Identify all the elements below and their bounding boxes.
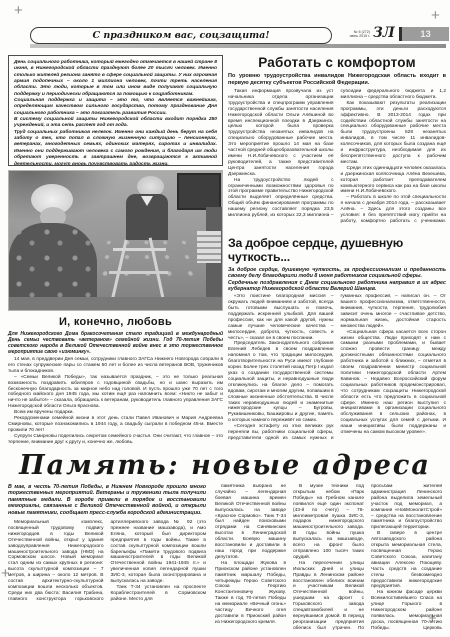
paragraph: Сердечные поздравления с Днем социальног… — [228, 280, 446, 293]
holiday-banner: С праздником вас, соцзащита! — [30, 27, 332, 44]
paragraph: На площади Жукова в Приокском районе уст… — [215, 561, 286, 626]
editorial-box: День социального работника, который ежег… — [8, 55, 223, 166]
photo-shape-tv — [177, 173, 221, 210]
paragraph: Среди этих одиннадцати человек оказалась… — [341, 166, 447, 196]
page-number-box: 13 — [399, 27, 449, 41]
newspaper-page: { "page": { "banner": "С праздником вас,… — [0, 0, 450, 637]
paragraph: Как показывают результаты реализации про… — [341, 101, 447, 166]
photo-shape-walker-bar-top — [113, 248, 166, 251]
issue-info: № 6 (272) июнь 2015 г. — [334, 30, 370, 39]
header-rule — [30, 44, 446, 48]
issue-date: июнь 2015 г. — [334, 34, 370, 38]
newspaper-logo: ЗЛ — [373, 25, 395, 41]
paragraph: Рекордсменами семейной жизни в этот день… — [8, 416, 223, 434]
page-number: 13 — [420, 29, 431, 40]
paragraph: Труд социальных работников нелегок. Имен… — [14, 130, 217, 166]
memory-article-body: В мае, в честь 70-летия Победы, в Нижнем… — [8, 484, 442, 634]
paragraph: В музее техники под открытым небом «Парк… — [293, 484, 364, 561]
paragraph: «Это поистине благородная миссия – окруж… — [228, 294, 334, 341]
memory-right-columns: памятника выбрано не случайно – легендар… — [215, 484, 442, 634]
paragraph: – «Семьи Великой Победы», так называется… — [8, 375, 223, 410]
paragraph: памятника выбрано не случайно – легендар… — [215, 484, 286, 561]
paragraph: За доброе сердце, душевную чуткость, за … — [228, 267, 446, 280]
holiday-banner-text: С праздником вас, соцзащита! — [92, 30, 269, 41]
paragraph: Социальная поддержка и защита – это то, … — [14, 98, 217, 117]
photo-shape-walker-bar-mid — [109, 271, 168, 274]
memory-left-block: В мае, в честь 70-летия Победы, в Нижнем… — [8, 484, 206, 634]
paragraph: Танк Т-34 установлен на проспекте Корабл… — [111, 585, 207, 603]
heart-article-title: За доброе сердце, душевную чуткость... — [228, 236, 446, 264]
paragraph: Председатель Законодательного собрания Е… — [228, 341, 334, 424]
paragraph: 14 мая, в преддверии Дня семьи, сотрудни… — [8, 357, 223, 375]
memory-article-title: Память: новые адреса — [8, 452, 442, 480]
heart-article-subhead: За доброе сердце, душевную чуткость, за … — [228, 267, 446, 292]
paragraph: «Социальная сфера касается всех сторон ж… — [341, 330, 447, 436]
paragraph: Супруги Смирновы поделились секретом сем… — [8, 434, 223, 446]
crop-mark-top-left: + — [14, 3, 23, 18]
photo-shape-floor — [9, 297, 222, 310]
heart-article-body: «Это поистине благородная миссия – окруж… — [228, 294, 446, 446]
comfort-article-body: Такая информация прозвучала из уст начал… — [228, 89, 446, 230]
comfort-article-subhead: По уровню трудоустройства инвалидов Ниже… — [228, 73, 446, 86]
right-column: Работать с комфортом По уровню трудоустр… — [228, 55, 446, 446]
paragraph: В систему социальной защиты Нижегородско… — [14, 117, 217, 130]
crop-mark-top-right: + — [431, 8, 440, 23]
love-article-title: И, конечно, любовь — [8, 316, 223, 328]
memory-left-columns: Мемориальный комплекс, посвященный трудо… — [8, 520, 206, 622]
memory-section: Память: новые адреса В мае, в честь 70-л… — [8, 452, 442, 634]
photo-shape-books — [197, 231, 221, 263]
paragraph: День социального работника, который ежег… — [14, 60, 217, 98]
paragraph: В сквере в центре Автозаводского района … — [371, 531, 442, 590]
left-column: День социального работника, который ежег… — [8, 55, 223, 475]
paragraph: Такая информация прозвучала из уст начал… — [228, 89, 334, 178]
comfort-article-title: Работать с комфортом — [228, 55, 446, 70]
memory-article-intro: В мае, в честь 70-летия Победы, в Нижнем… — [8, 484, 206, 516]
love-article-intro: Для Нижегородского Дома бракосочетания с… — [8, 331, 223, 355]
photo-social-worker-visit — [8, 170, 223, 311]
